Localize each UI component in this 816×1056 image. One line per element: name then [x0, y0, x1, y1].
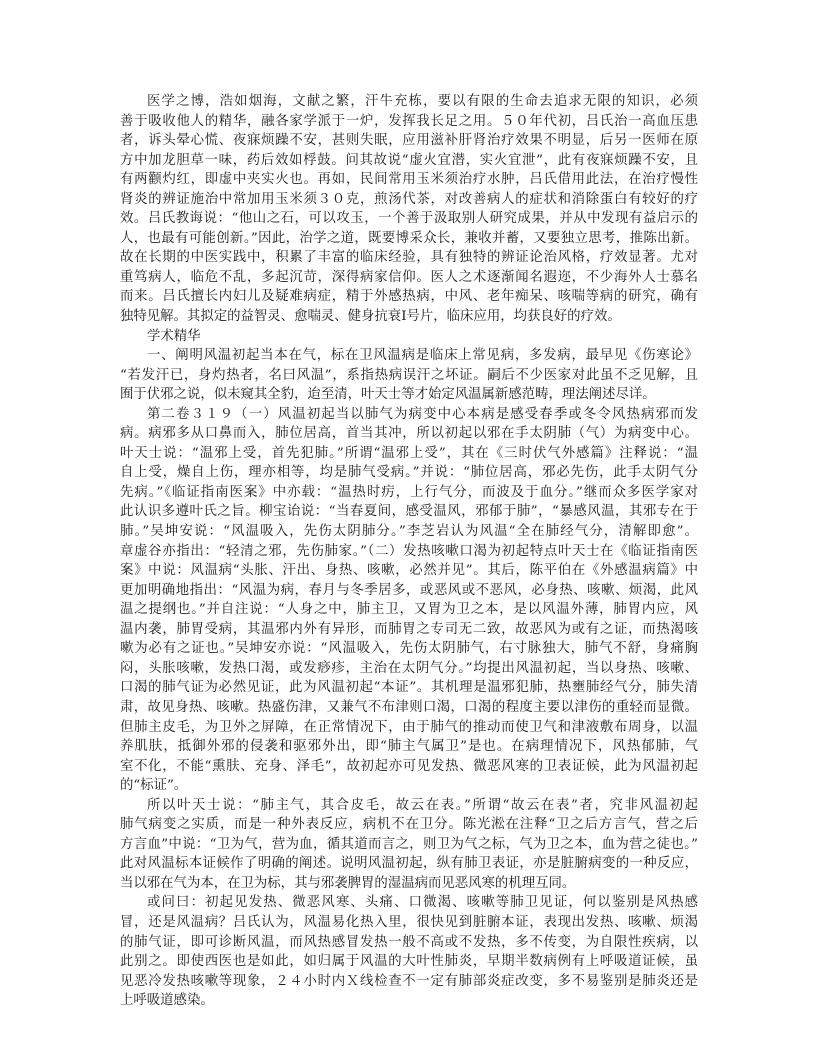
text-line: 温之提纲也。”并自注说：“人身之中，肺主卫，又胃为卫之本，是以风温外薄，肺胃内应…	[120, 600, 698, 620]
text-line: 善于吸收他人的精华，融各家学派于一炉，发挥我长足之用。５０年代初，吕氏治一高血压…	[120, 112, 698, 132]
text-line: 者，诉头晕心慌、夜寐烦躁不安，甚则失眠，应用滋补肝肾治疗效果不明显，后另一医师在…	[120, 131, 698, 151]
text-line: 医学之博，浩如烟海，文献之繁，汗牛充栋，要以有限的生命去追求无限的知识，必须	[120, 92, 698, 112]
text-line: 此认识多遵叶氏之旨。柳宝诒说：“当春夏间，感受温风，邪郁于肺”，“暴感风温，其邪…	[120, 502, 698, 522]
text-line: 冒，还是风温病？吕氏认为，风温易化热入里，很快见到脏腑本证，表现出发热、咳嗽、烦…	[120, 913, 698, 933]
text-line: 更加明确地指出：“风温为病，春月与冬季居多，或恶风或不恶风，必身热、咳嗽、烦渴，…	[120, 581, 698, 601]
text-line: 效。吕氏教诲说：“他山之石，可以攻玉，一个善于汲取别人研究成果，并从中发现有益启…	[120, 209, 698, 229]
text-line: 或问曰：初起见发热、微恶风寒、头痛、口微渴、咳嗽等肺卫见证，何以鉴别是风热感	[120, 893, 698, 913]
text-line: 肃，故见身热、咳嗽。热盛伤津，又兼气不布津则口渴，口渴的程度主要以津伤的重轻而显…	[120, 698, 698, 718]
text-line: 一、阐明风温初起当本在气，标在卫风温病是临床上常见病，多发病，最早见《伤寒论》	[120, 346, 698, 366]
text-line: “若发汗已，身灼热者，名曰风温”，系指热病误汗之坏证。嗣后不少医家对此虽不乏见解…	[120, 366, 698, 386]
text-line: 案》中说：风温病“头胀、汗出、身热、咳嗽，必然并见”。其后，陈平伯在《外感温病篇…	[120, 561, 698, 581]
text-line: 温内袭，肺胃受病，其温邪内外有异形，而肺胃之专司无二致，故恶风为或有之证，而热渴…	[120, 620, 698, 640]
text-line: 此别之。即使西医也是如此，如归属于风温的大叶性肺炎，早期半数病例有上呼吸道证候，…	[120, 952, 698, 972]
text-line: 人，也最有可能创新。”因此，治学之道，既要博采众长，兼收并蓄，又要独立思考，推陈…	[120, 229, 698, 249]
text-line: 叶天士说：“温邪上受，首先犯肺。”所谓“温邪上受”，其在《三时伏气外感篇》注释说…	[120, 444, 698, 464]
text-line: 养肌肤，抵御外邪的侵袭和驱邪外出，即“肺主气属卫”是也。在病理情况下，风热郁肺，…	[120, 737, 698, 757]
text-line: 口渴的肺气证为必然见证，此为风温初起“本证”。其机理是温邪犯肺，热壅肺经气分，肺…	[120, 678, 698, 698]
document-body: 医学之博，浩如烟海，文献之繁，汗牛充栋，要以有限的生命去追求无限的知识，必须善于…	[120, 92, 698, 1011]
text-line: 嗽为必有之证也。”吴坤安亦说：“风温吸入，先伤太阴肺气，右寸脉独大，肺气不舒，身…	[120, 639, 698, 659]
text-line: 的“标证”。	[120, 776, 698, 796]
text-line: 闷，头胀咳嗽，发热口渴，或发痧疹，主治在太阴气分。”均提出风温初起，当以身热、咳…	[120, 659, 698, 679]
text-line: 囿于伏邪之说，似未窥其全豹，迨至清，叶天士等才始定风温属新感范畴，理法阐述尽详。	[120, 385, 698, 405]
text-line: 肺气病变之实质，而是一种外表反应，病机不在卫分。陈光淞在注释“卫之后方言气，营之…	[120, 815, 698, 835]
text-line: 上呼吸道感染。	[120, 991, 698, 1011]
text-line: 肺。”吴坤安说：“风温吸入，先伤太阴肺分。”李芝岩认为风温“全在肺经气分，清解即…	[120, 522, 698, 542]
text-line: 而来。吕氏擅长内妇儿及疑难病症，精于外感热病，中风、老年痴呆、咳喘等病的研究，确…	[120, 287, 698, 307]
text-line: 病。病邪多从口鼻而入，肺位居高，首当其冲，所以初起以邪在手太阴肺（气）为病变中心…	[120, 424, 698, 444]
text-line: 见恶冷发热咳嗽等现象，２４小时内Ｘ线检查不一定有肺部炎症改变，多不易鉴别是肺炎还…	[120, 972, 698, 992]
text-line: 此对风温标本证候作了明确的阐述。说明风温初起，纵有肺卫表证，亦是脏腑病变的一种反…	[120, 854, 698, 874]
text-line: 自上受，燥自上伤，理亦相等，均是肺气受病。”并说：“肺位居高，邪必先伤，此手太阴…	[120, 463, 698, 483]
text-line: 但肺主皮毛，为卫外之屏障，在正常情况下，由于肺气的推动而使卫气和津液敷布周身，以…	[120, 718, 698, 738]
text-line: 方言血”中说：“卫为气，营为血，循其道而言之，则卫为气之标，气为卫之本，血为营之…	[120, 835, 698, 855]
text-line: 章虚谷亦指出：“轻清之邪，先伤肺家。”（二）发热咳嗽口渴为初起特点叶天士在《临证…	[120, 542, 698, 562]
text-line: 方中加龙胆草一味，药后效如桴鼓。问其故说“虚火宜潜，实火宜泄”，此有夜寐烦躁不安…	[120, 151, 698, 171]
text-line: 所以叶天士说：“肺主气，其合皮毛，故云在表。”所谓“故云在表”者，究非风温初起	[120, 796, 698, 816]
text-line: 独特见解。其拟定的益智灵、愈喘灵、健身抗衰Ⅰ号片，临床应用，均获良好的疗效。	[120, 307, 698, 327]
text-line: 室不化，不能“熏肤、充身、泽毛”，故初起亦可见发热、微恶风寒的卫表证候，此为风温…	[120, 757, 698, 777]
text-line: 先病。”《临证指南医案》中亦载：“温热时疠，上行气分，而波及于血分。”继而众多医…	[120, 483, 698, 503]
text-line: 的肺气证，即可诊断风温，而风热感冒发热一般不高或不发热，多不传变，为自限性疾病，…	[120, 933, 698, 953]
text-line: 有两颧灼红，即虚中夹实火也。再如，民间常用玉米须治疗水肿，吕氏借用此法，在治疗慢…	[120, 170, 698, 190]
text-line: 故在长期的中医实践中，积累了丰富的临床经验，具有独特的辨证论治风格，疗效显著。尤…	[120, 248, 698, 268]
text-line: 肾炎的辨证施治中常加用玉米须３０克，煎汤代茶，对改善病人的症状和消除蛋白有较好的…	[120, 190, 698, 210]
text-line: 当以邪在气为本，在卫为标，其与邪袭脾胃的湿温病而见恶风寒的机理互同。	[120, 874, 698, 894]
text-line: 学术精华	[120, 327, 698, 347]
text-line: 重笃病人，临危不乱，多起沉苛，深得病家信仰。医人之术逐渐闻名遐迩，不少海外人士慕…	[120, 268, 698, 288]
text-line: 第二卷３１９（一）风温初起当以肺气为病变中心本病是感受春季或冬令风热病邪而发	[120, 405, 698, 425]
